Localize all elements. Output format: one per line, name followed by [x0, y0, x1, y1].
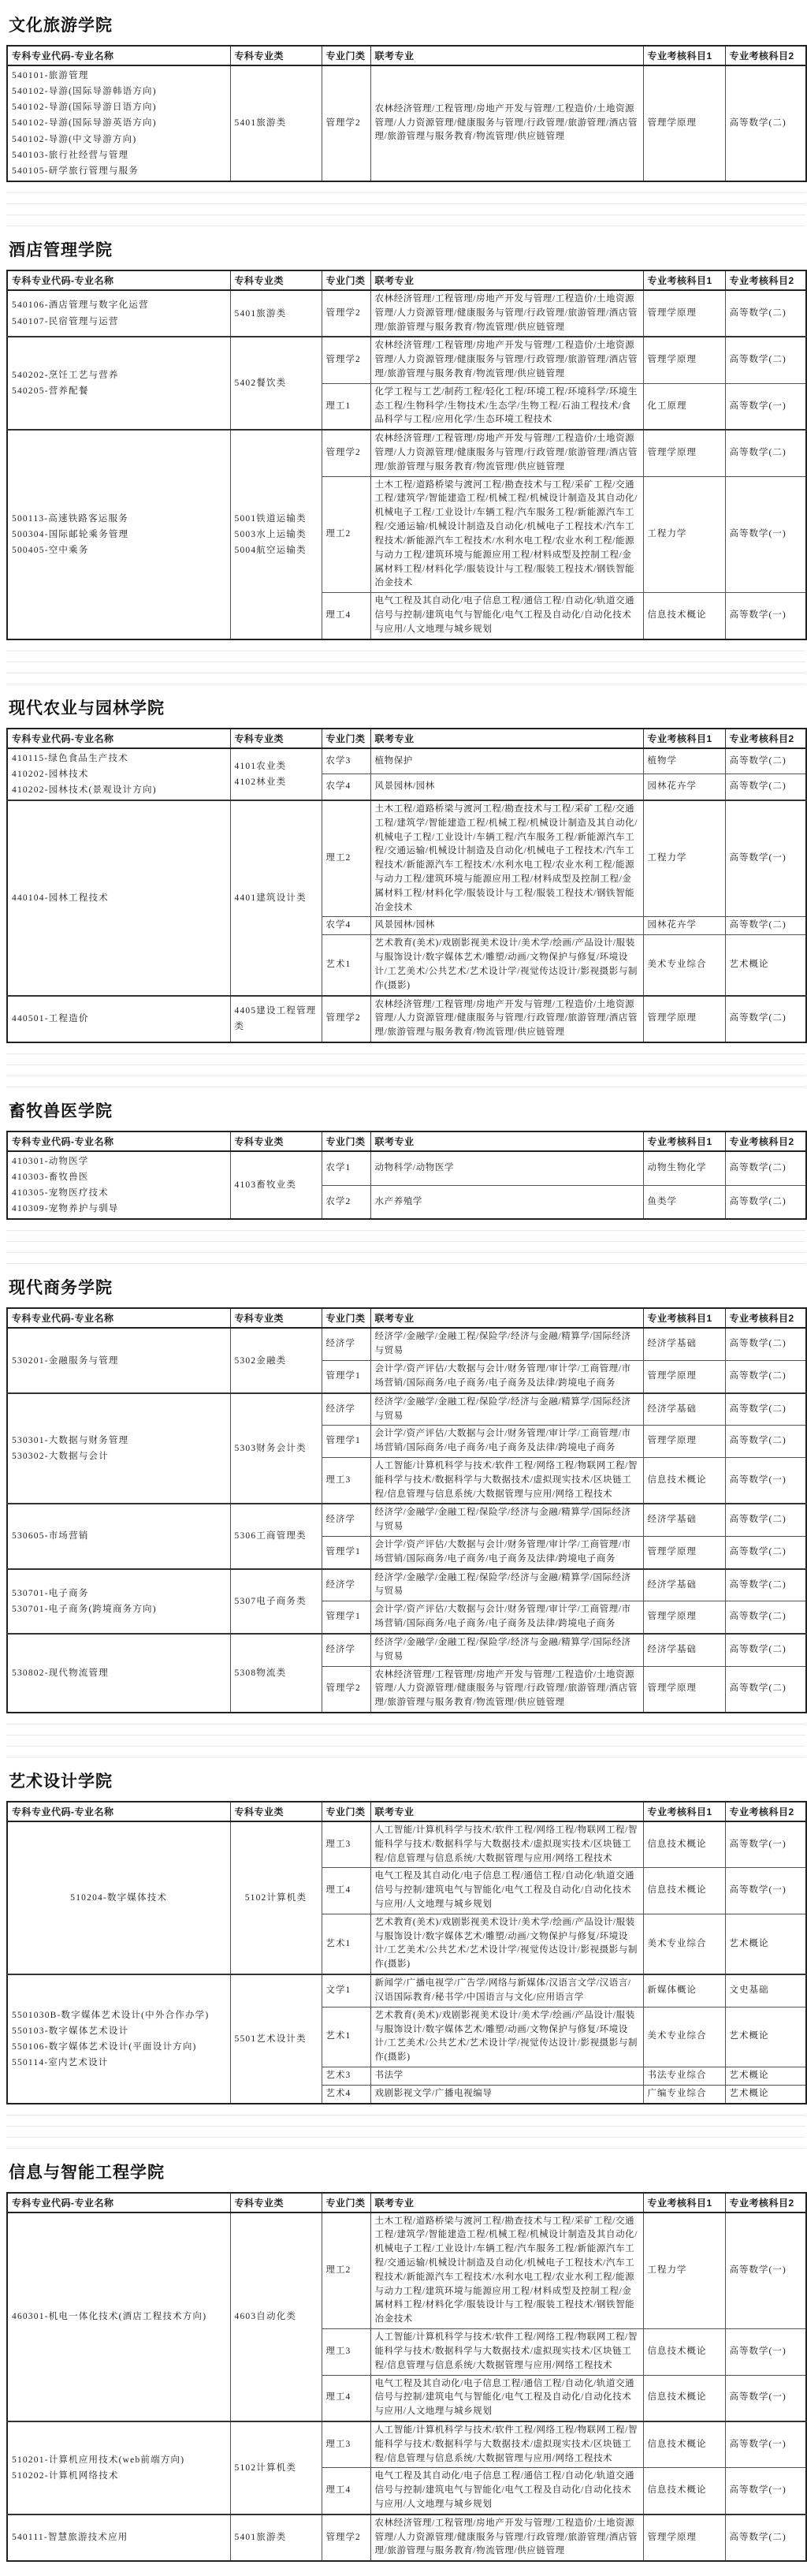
column-header: 专业考核科目2	[725, 1802, 806, 1821]
category-cell: 管理学1	[322, 1601, 370, 1634]
section-title: 现代农业与园林学院	[0, 684, 807, 728]
exam2-cell: 高等数学(二)	[725, 1393, 806, 1426]
exam2-cell: 高等数学(二)	[725, 1426, 806, 1458]
majors-cell: 风景园林/园林	[370, 774, 643, 800]
exam2-cell: 高等数学(二)	[725, 430, 806, 476]
codes-cell: 540202-烹饪工艺与营养 540205-营养配餐	[7, 337, 230, 430]
class-cell: 4103畜牧业类	[230, 1151, 322, 1220]
majors-cell: 人工智能/计算机科学与技术/软件工程/网络工程/物联网工程/智能科学与技术/数据…	[370, 1457, 643, 1504]
majors-cell: 土木工程/道路桥梁与渡河工程/勘查技术与工程/采矿工程/交通工程/建筑学/智能建…	[370, 800, 643, 917]
section-gap	[6, 1713, 805, 1758]
codes-cell: 540106-酒店管理与数字化运营 540107-民宿管理与运营	[7, 290, 230, 337]
exam1-cell: 园林花卉学	[643, 774, 725, 800]
category-cell: 理工4	[322, 2375, 370, 2421]
majors-cell: 农林经济管理/工程管理/房地产开发与管理/工程造价/土地资源管理/人力资源管理/…	[370, 996, 643, 1042]
codes-cell: 530301-大数据与财务管理 530302-大数据与会计	[7, 1393, 230, 1504]
category-cell: 农学3	[322, 748, 370, 774]
category-cell: 艺术4	[322, 2085, 370, 2103]
header-row: 专科专业代码-专业名称专科专业类专业门类联考专业专业考核科目1专业考核科目2	[7, 729, 806, 748]
category-cell: 农学2	[322, 1185, 370, 1219]
class-cell: 5501艺术设计类	[230, 1974, 322, 2104]
table-row: 510201-计算机应用技术(web前端方向) 510202-计算机网络技术51…	[7, 2421, 806, 2468]
exam2-cell: 艺术概论	[725, 935, 806, 996]
category-cell: 管理学2	[322, 65, 370, 181]
category-cell: 理工3	[322, 2329, 370, 2375]
header-row: 专科专业代码-专业名称专科专业类专业门类联考专业专业考核科目1专业考核科目2	[7, 1802, 806, 1821]
column-header: 联考专业	[370, 2193, 643, 2213]
college-section: 信息与智能工程学院专科专业代码-专业名称专科专业类专业门类联考专业专业考核科目1…	[0, 2149, 807, 2563]
exam1-cell: 信息技术概论	[643, 2375, 725, 2421]
column-header: 专业考核科目2	[725, 46, 806, 65]
college-section: 畜牧兽医学院专科专业代码-专业名称专科专业类专业门类联考专业专业考核科目1专业考…	[0, 1087, 807, 1221]
header-row: 专科专业代码-专业名称专科专业类专业门类联考专业专业考核科目1专业考核科目2	[7, 1131, 806, 1151]
section-gap	[6, 640, 805, 684]
majors-cell: 电气工程及其自动化/电子信息工程/通信工程/自动化/轨道交通信号与控制/建筑电气…	[370, 2375, 643, 2421]
section-title: 信息与智能工程学院	[0, 2149, 807, 2192]
section-gap	[6, 2104, 805, 2149]
category-cell: 管理学2	[322, 290, 370, 337]
exam1-cell: 管理学原理	[643, 2514, 725, 2561]
exam1-cell: 书法专业综合	[643, 2067, 725, 2085]
table-row: 500113-高速铁路客运服务 500304-国际邮轮乘务管理 500405-空…	[7, 430, 806, 476]
majors-cell: 经济学/金融学/金融工程/保险学/经济与金融/精算学/国际经济与贸易	[370, 1569, 643, 1601]
category-cell: 经济学	[322, 1328, 370, 1360]
codes-cell: 410115-绿色食品生产技术 410202-园林技术 410202-园林技术(…	[7, 748, 230, 800]
table-row: 530701-电子商务 530701-电子商务(跨境商务方向)5307电子商务类…	[7, 1569, 806, 1601]
codes-cell: 530201-金融服务与管理	[7, 1328, 230, 1392]
class-cell: 5308物流类	[230, 1634, 322, 1713]
category-cell: 农学4	[322, 917, 370, 935]
exam1-cell: 化工原理	[643, 383, 725, 430]
column-header: 专业门类	[322, 1131, 370, 1151]
class-cell: 5102计算机类	[230, 1821, 322, 1974]
column-header: 联考专业	[370, 270, 643, 290]
column-header: 专科专业类	[230, 270, 322, 290]
exam1-cell: 植物学	[643, 748, 725, 774]
category-cell: 管理学2	[322, 996, 370, 1042]
table-row: 410115-绿色食品生产技术 410202-园林技术 410202-园林技术(…	[7, 748, 806, 774]
column-header: 专业考核科目1	[643, 46, 725, 65]
majors-cell: 水产养殖学	[370, 1185, 643, 1219]
column-header: 专业考核科目1	[643, 1131, 725, 1151]
header-row: 专科专业代码-专业名称专科专业类专业门类联考专业专业考核科目1专业考核科目2	[7, 1308, 806, 1328]
exam1-cell: 新媒体概论	[643, 1974, 725, 2007]
table-row: 440501-工程造价4405建设工程管理类管理学2农林经济管理/工程管理/房地…	[7, 996, 806, 1042]
exam2-cell: 艺术概论	[725, 1914, 806, 1974]
majors-cell: 艺术教育(美术)/戏剧影视美术设计/美术学/绘画/产品设计/服装与服饰设计/数字…	[370, 935, 643, 996]
exam1-cell: 信息技术概论	[643, 2421, 725, 2468]
exam2-cell: 高等数学(二)	[725, 917, 806, 935]
class-cell: 5401旅游类	[230, 290, 322, 337]
section-gap	[6, 1043, 805, 1087]
exam2-cell: 高等数学(一)	[725, 2329, 806, 2375]
majors-cell: 经济学/金融学/金融工程/保险学/经济与金融/精算学/国际经济与贸易	[370, 1634, 643, 1666]
exam1-cell: 经济学基础	[643, 1504, 725, 1536]
column-header: 专科专业代码-专业名称	[7, 46, 230, 65]
exam2-cell: 高等数学(一)	[725, 2421, 806, 2468]
exam1-cell: 经济学基础	[643, 1328, 725, 1360]
table-row: 540111-智慧旅游技术应用5401旅游类管理学2农林经济管理/工程管理/房地…	[7, 2514, 806, 2561]
class-cell: 5306工商管理类	[230, 1504, 322, 1568]
majors-cell: 会计学/资产评估/大数据与会计/财务管理/审计学/工商管理/市场营销/国际商务/…	[370, 1426, 643, 1458]
column-header: 专业门类	[322, 46, 370, 65]
exam2-cell: 高等数学(二)	[725, 1151, 806, 1185]
exam2-cell: 高等数学(二)	[725, 748, 806, 774]
exam2-cell: 高等数学(二)	[725, 1361, 806, 1393]
majors-cell: 植物保护	[370, 748, 643, 774]
exam1-cell: 信息技术概论	[643, 2468, 725, 2514]
exam2-cell: 高等数学(一)	[725, 476, 806, 593]
class-cell: 5401旅游类	[230, 65, 322, 181]
college-section: 酒店管理学院专科专业代码-专业名称专科专业类专业门类联考专业专业考核科目1专业考…	[0, 226, 807, 640]
class-cell: 5001铁道运输类 5003水上运输类 5004航空运输类	[230, 430, 322, 639]
category-cell: 理工2	[322, 800, 370, 917]
exam2-cell: 艺术概论	[725, 2085, 806, 2103]
column-header: 专科专业代码-专业名称	[7, 729, 230, 748]
category-cell: 艺术3	[322, 2067, 370, 2085]
exam2-cell: 高等数学(二)	[725, 1569, 806, 1601]
class-cell: 4401建筑设计类	[230, 800, 322, 996]
majors-cell: 戏剧影视文学/广播电视编导	[370, 2085, 643, 2103]
category-cell: 理工3	[322, 1821, 370, 1868]
class-cell: 5302金融类	[230, 1328, 322, 1392]
codes-cell: 530701-电子商务 530701-电子商务(跨境商务方向)	[7, 1569, 230, 1634]
category-cell: 理工3	[322, 1457, 370, 1504]
table-row: 5501030B-数字媒体艺术设计(中外合作办学) 550103-数字媒体艺术设…	[7, 1974, 806, 2007]
table-row: 460301-机电一体化技术(酒店工程技术方向)4603自动化类理工2土木工程/…	[7, 2213, 806, 2329]
column-header: 专科专业代码-专业名称	[7, 1308, 230, 1328]
majors-comparison-document: 文化旅游学院专科专业代码-专业名称专科专业类专业门类联考专业专业考核科目1专业考…	[0, 0, 807, 2576]
majors-cell: 农林经济管理/工程管理/房地产开发与管理/工程造价/土地资源管理/人力资源管理/…	[370, 65, 643, 181]
column-header: 专业门类	[322, 1308, 370, 1328]
exam2-cell: 高等数学(二)	[725, 1328, 806, 1360]
majors-cell: 艺术教育(美术)/戏剧影视美术设计/美术学/绘画/产品设计/服装与服饰设计/数字…	[370, 2007, 643, 2067]
class-cell: 5303财务会计类	[230, 1393, 322, 1504]
exam2-cell: 高等数学(二)	[725, 1634, 806, 1666]
codes-cell: 440104-园林工程技术	[7, 800, 230, 996]
majors-cell: 书法学	[370, 2067, 643, 2085]
table-row: 540202-烹饪工艺与营养 540205-营养配餐5402餐饮类管理学2农林经…	[7, 337, 806, 383]
exam1-cell: 管理学原理	[643, 1537, 725, 1569]
exam1-cell: 管理学原理	[643, 1601, 725, 1634]
category-cell: 管理学2	[322, 2514, 370, 2561]
category-cell: 经济学	[322, 1393, 370, 1426]
class-cell: 4603自动化类	[230, 2213, 322, 2421]
column-header: 联考专业	[370, 729, 643, 748]
category-cell: 管理学2	[322, 430, 370, 476]
majors-cell: 农林经济管理/工程管理/房地产开发与管理/工程造价/土地资源管理/人力资源管理/…	[370, 290, 643, 337]
section-title: 艺术设计学院	[0, 1758, 807, 1801]
class-cell: 5402餐饮类	[230, 337, 322, 430]
exam1-cell: 管理学原理	[643, 1666, 725, 1713]
exam2-cell: 文史基础	[725, 1974, 806, 2007]
majors-cell: 经济学/金融学/金融工程/保险学/经济与金融/精算学/国际经济与贸易	[370, 1504, 643, 1536]
section-title: 现代商务学院	[0, 1264, 807, 1307]
table-row: 530802-现代物流管理5308物流类经济学经济学/金融学/金融工程/保险学/…	[7, 1634, 806, 1666]
exam1-cell: 广编专业综合	[643, 2085, 725, 2103]
section-title: 文化旅游学院	[0, 2, 807, 45]
table-row: 530605-市场营销5306工商管理类经济学经济学/金融学/金融工程/保险学/…	[7, 1504, 806, 1536]
column-header: 专科专业类	[230, 1308, 322, 1328]
column-header: 专科专业类	[230, 1802, 322, 1821]
majors-cell: 化学工程与工艺/制药工程/轻化工程/环境工程/环境科学/环境生态工程/生物科学/…	[370, 383, 643, 430]
exam1-cell: 动物生物化学	[643, 1151, 725, 1185]
column-header: 专业考核科目1	[643, 1308, 725, 1328]
exam2-cell: 高等数学(一)	[725, 2375, 806, 2421]
column-header: 专科专业代码-专业名称	[7, 1131, 230, 1151]
column-header: 专科专业类	[230, 46, 322, 65]
category-cell: 理工1	[322, 383, 370, 430]
codes-cell: 440501-工程造价	[7, 996, 230, 1042]
majors-cell: 农林经济管理/工程管理/房地产开发与管理/工程造价/土地资源管理/人力资源管理/…	[370, 1666, 643, 1713]
codes-cell: 5501030B-数字媒体艺术设计(中外合作办学) 550103-数字媒体艺术设…	[7, 1974, 230, 2104]
table-row: 540101-旅游管理 540102-导游(国际导游韩语方向) 540102-导…	[7, 65, 806, 181]
category-cell: 艺术1	[322, 1914, 370, 1974]
section-table: 专科专业代码-专业名称专科专业类专业门类联考专业专业考核科目1专业考核科目241…	[6, 1131, 807, 1221]
majors-cell: 会计学/资产评估/大数据与会计/财务管理/审计学/工商管理/市场营销/国际商务/…	[370, 1601, 643, 1634]
college-section: 艺术设计学院专科专业代码-专业名称专科专业类专业门类联考专业专业考核科目1专业考…	[0, 1758, 807, 2104]
exam1-cell: 管理学原理	[643, 65, 725, 181]
majors-cell: 艺术教育(美术)/戏剧影视美术设计/美术学/绘画/产品设计/服装与服饰设计/数字…	[370, 1914, 643, 1974]
exam2-cell: 高等数学(二)	[725, 337, 806, 383]
table-row: 410301-动物医学 410303-畜牧兽医 410305-宠物医疗技术 41…	[7, 1151, 806, 1185]
column-header: 专科专业代码-专业名称	[7, 2193, 230, 2213]
section-table: 专科专业代码-专业名称专科专业类专业门类联考专业专业考核科目1专业考核科目253…	[6, 1307, 807, 1713]
college-section: 文化旅游学院专科专业代码-专业名称专科专业类专业门类联考专业专业考核科目1专业考…	[0, 2, 807, 182]
column-header: 专科专业类	[230, 1131, 322, 1151]
section-table: 专科专业代码-专业名称专科专业类专业门类联考专业专业考核科目1专业考核科目241…	[6, 728, 807, 1043]
codes-cell: 510204-数字媒体技术	[7, 1821, 230, 1974]
column-header: 专业考核科目2	[725, 1131, 806, 1151]
column-header: 联考专业	[370, 1308, 643, 1328]
exam1-cell: 工程力学	[643, 2213, 725, 2329]
exam1-cell: 信息技术概论	[643, 1457, 725, 1504]
exam1-cell: 管理学原理	[643, 337, 725, 383]
category-cell: 理工2	[322, 2213, 370, 2329]
majors-cell: 电气工程及其自动化/电子信息工程/通信工程/自动化/轨道交通信号与控制/建筑电气…	[370, 593, 643, 639]
column-header: 专业考核科目1	[643, 729, 725, 748]
header-row: 专科专业代码-专业名称专科专业类专业门类联考专业专业考核科目1专业考核科目2	[7, 270, 806, 290]
section-gap	[6, 182, 805, 226]
exam1-cell: 管理学原理	[643, 996, 725, 1042]
codes-cell: 540111-智慧旅游技术应用	[7, 2514, 230, 2561]
column-header: 联考专业	[370, 46, 643, 65]
column-header: 专业考核科目2	[725, 2193, 806, 2213]
category-cell: 艺术1	[322, 2007, 370, 2067]
class-cell: 4101农业类 4102林业类	[230, 748, 322, 800]
column-header: 专业门类	[322, 270, 370, 290]
column-header: 联考专业	[370, 1802, 643, 1821]
college-section: 现代商务学院专科专业代码-专业名称专科专业类专业门类联考专业专业考核科目1专业考…	[0, 1264, 807, 1713]
majors-cell: 经济学/金融学/金融工程/保险学/经济与金融/精算学/国际经济与贸易	[370, 1328, 643, 1360]
category-cell: 农学4	[322, 774, 370, 800]
exam1-cell: 美术专业综合	[643, 2007, 725, 2067]
exam2-cell: 高等数学(一)	[725, 1457, 806, 1504]
table-row: 540106-酒店管理与数字化运营 540107-民宿管理与运营5401旅游类管…	[7, 290, 806, 337]
header-row: 专科专业代码-专业名称专科专业类专业门类联考专业专业考核科目1专业考核科目2	[7, 2193, 806, 2213]
column-header: 专科专业类	[230, 2193, 322, 2213]
section-gap	[6, 1220, 805, 1264]
exam1-cell: 信息技术概论	[643, 2329, 725, 2375]
exam2-cell: 高等数学(二)	[725, 1537, 806, 1569]
exam2-cell: 高等数学(一)	[725, 800, 806, 917]
exam1-cell: 经济学基础	[643, 1393, 725, 1426]
codes-cell: 530802-现代物流管理	[7, 1634, 230, 1713]
section-table: 专科专业代码-专业名称专科专业类专业门类联考专业专业考核科目1专业考核科目254…	[6, 270, 807, 640]
majors-cell: 农林经济管理/工程管理/房地产开发与管理/工程造价/土地资源管理/人力资源管理/…	[370, 2514, 643, 2561]
column-header: 专业门类	[322, 2193, 370, 2213]
column-header: 专科专业代码-专业名称	[7, 270, 230, 290]
codes-cell: 410301-动物医学 410303-畜牧兽医 410305-宠物医疗技术 41…	[7, 1151, 230, 1220]
column-header: 专业考核科目2	[725, 729, 806, 748]
category-cell: 艺术1	[322, 935, 370, 996]
category-cell: 管理学1	[322, 1361, 370, 1393]
exam1-cell: 美术专业综合	[643, 935, 725, 996]
column-header: 专业考核科目2	[725, 1308, 806, 1328]
exam2-cell: 艺术概论	[725, 2067, 806, 2085]
exam2-cell: 高等数学(一)	[725, 1821, 806, 1868]
exam1-cell: 信息技术概论	[643, 593, 725, 639]
category-cell: 理工4	[322, 593, 370, 639]
exam1-cell: 美术专业综合	[643, 1914, 725, 1974]
exam1-cell: 管理学原理	[643, 430, 725, 476]
exam1-cell: 鱼类学	[643, 1185, 725, 1219]
codes-cell: 500113-高速铁路客运服务 500304-国际邮轮乘务管理 500405-空…	[7, 430, 230, 639]
table-row: 440104-园林工程技术4401建筑设计类理工2土木工程/道路桥梁与渡河工程/…	[7, 800, 806, 917]
exam2-cell: 高等数学(二)	[725, 1666, 806, 1713]
column-header: 专业门类	[322, 729, 370, 748]
section-table: 专科专业代码-专业名称专科专业类专业门类联考专业专业考核科目1专业考核科目246…	[6, 2192, 807, 2563]
exam2-cell: 高等数学(二)	[725, 774, 806, 800]
category-cell: 管理学1	[322, 1426, 370, 1458]
section-table: 专科专业代码-专业名称专科专业类专业门类联考专业专业考核科目1专业考核科目251…	[6, 1801, 807, 2104]
exam2-cell: 高等数学(二)	[725, 2514, 806, 2561]
header-row: 专科专业代码-专业名称专科专业类专业门类联考专业专业考核科目1专业考核科目2	[7, 46, 806, 65]
exam2-cell: 高等数学(一)	[725, 2468, 806, 2514]
category-cell: 管理学1	[322, 1537, 370, 1569]
majors-cell: 人工智能/计算机科学与技术/软件工程/网络工程/物联网工程/智能科学与技术/数据…	[370, 2421, 643, 2468]
majors-cell: 土木工程/道路桥梁与渡河工程/勘查技术与工程/采矿工程/交通工程/建筑学/智能建…	[370, 2213, 643, 2329]
exam2-cell: 高等数学(二)	[725, 65, 806, 181]
category-cell: 经济学	[322, 1569, 370, 1601]
table-row: 510204-数字媒体技术5102计算机类理工3人工智能/计算机科学与技术/软件…	[7, 1821, 806, 1868]
class-cell: 5307电子商务类	[230, 1569, 322, 1634]
exam1-cell: 经济学基础	[643, 1569, 725, 1601]
column-header: 专科专业类	[230, 729, 322, 748]
exam2-cell: 高等数学(一)	[725, 383, 806, 430]
exam2-cell: 高等数学(一)	[725, 2213, 806, 2329]
category-cell: 管理学2	[322, 337, 370, 383]
majors-cell: 经济学/金融学/金融工程/保险学/经济与金融/精算学/国际经济与贸易	[370, 1393, 643, 1426]
exam2-cell: 高等数学(二)	[725, 290, 806, 337]
majors-cell: 风景园林/园林	[370, 917, 643, 935]
majors-cell: 农林经济管理/工程管理/房地产开发与管理/工程造价/土地资源管理/人力资源管理/…	[370, 430, 643, 476]
column-header: 专业考核科目2	[725, 270, 806, 290]
majors-cell: 人工智能/计算机科学与技术/软件工程/网络工程/物联网工程/智能科学与技术/数据…	[370, 2329, 643, 2375]
column-header: 专业门类	[322, 1802, 370, 1821]
section-title: 酒店管理学院	[0, 226, 807, 270]
exam1-cell: 管理学原理	[643, 1361, 725, 1393]
category-cell: 农学1	[322, 1151, 370, 1185]
column-header: 专业考核科目1	[643, 1802, 725, 1821]
exam1-cell: 园林花卉学	[643, 917, 725, 935]
class-cell: 4405建设工程管理类	[230, 996, 322, 1042]
category-cell: 理工2	[322, 476, 370, 593]
majors-cell: 新闻学/广播电视学/广告学/网络与新媒体/汉语言文学/汉语言/汉语国际教育/秘书…	[370, 1974, 643, 2007]
category-cell: 理工4	[322, 2468, 370, 2514]
college-section: 现代农业与园林学院专科专业代码-专业名称专科专业类专业门类联考专业专业考核科目1…	[0, 684, 807, 1043]
exam1-cell: 管理学原理	[643, 1426, 725, 1458]
section-title: 畜牧兽医学院	[0, 1087, 807, 1131]
majors-cell: 动物科学/动物医学	[370, 1151, 643, 1185]
category-cell: 理工4	[322, 1868, 370, 1914]
category-cell: 管理学2	[322, 1666, 370, 1713]
codes-cell: 540101-旅游管理 540102-导游(国际导游韩语方向) 540102-导…	[7, 65, 230, 181]
majors-cell: 人工智能/计算机科学与技术/软件工程/网络工程/物联网工程/智能科学与技术/数据…	[370, 1821, 643, 1868]
majors-cell: 会计学/资产评估/大数据与会计/财务管理/审计学/工商管理/市场营销/国际商务/…	[370, 1361, 643, 1393]
category-cell: 文学1	[322, 1974, 370, 2007]
class-cell: 5401旅游类	[230, 2514, 322, 2561]
exam1-cell: 管理学原理	[643, 290, 725, 337]
section-table: 专科专业代码-专业名称专科专业类专业门类联考专业专业考核科目1专业考核科目254…	[6, 45, 807, 182]
column-header: 专业考核科目1	[643, 2193, 725, 2213]
table-row: 530301-大数据与财务管理 530302-大数据与会计5303财务会计类经济…	[7, 1393, 806, 1426]
column-header: 专科专业代码-专业名称	[7, 1802, 230, 1821]
exam1-cell: 工程力学	[643, 800, 725, 917]
exam2-cell: 艺术概论	[725, 2007, 806, 2067]
exam2-cell: 高等数学(二)	[725, 1504, 806, 1536]
exam2-cell: 高等数学(二)	[725, 1185, 806, 1219]
codes-cell: 510201-计算机应用技术(web前端方向) 510202-计算机网络技术	[7, 2421, 230, 2514]
majors-cell: 会计学/资产评估/大数据与会计/财务管理/审计学/工商管理/市场营销/国际商务/…	[370, 1537, 643, 1569]
majors-cell: 电气工程及其自动化/电子信息工程/通信工程/自动化/轨道交通信号与控制/建筑电气…	[370, 1868, 643, 1914]
exam1-cell: 信息技术概论	[643, 1868, 725, 1914]
exam2-cell: 高等数学(二)	[725, 996, 806, 1042]
majors-cell: 土木工程/道路桥梁与渡河工程/勘查技术与工程/采矿工程/交通工程/建筑学/智能建…	[370, 476, 643, 593]
exam2-cell: 高等数学(一)	[725, 593, 806, 639]
category-cell: 经济学	[322, 1634, 370, 1666]
category-cell: 经济学	[322, 1504, 370, 1536]
majors-cell: 农林经济管理/工程管理/房地产开发与管理/工程造价/土地资源管理/人力资源管理/…	[370, 337, 643, 383]
exam1-cell: 工程力学	[643, 476, 725, 593]
exam2-cell: 高等数学(一)	[725, 1868, 806, 1914]
exam1-cell: 经济学基础	[643, 1634, 725, 1666]
exam1-cell: 信息技术概论	[643, 1821, 725, 1868]
category-cell: 理工3	[322, 2421, 370, 2468]
codes-cell: 530605-市场营销	[7, 1504, 230, 1568]
exam2-cell: 高等数学(二)	[725, 1601, 806, 1634]
class-cell: 5102计算机类	[230, 2421, 322, 2514]
column-header: 联考专业	[370, 1131, 643, 1151]
codes-cell: 460301-机电一体化技术(酒店工程技术方向)	[7, 2213, 230, 2421]
table-row: 530201-金融服务与管理5302金融类经济学经济学/金融学/金融工程/保险学…	[7, 1328, 806, 1360]
majors-cell: 电气工程及其自动化/电子信息工程/通信工程/自动化/轨道交通信号与控制/建筑电气…	[370, 2468, 643, 2514]
column-header: 专业考核科目1	[643, 270, 725, 290]
